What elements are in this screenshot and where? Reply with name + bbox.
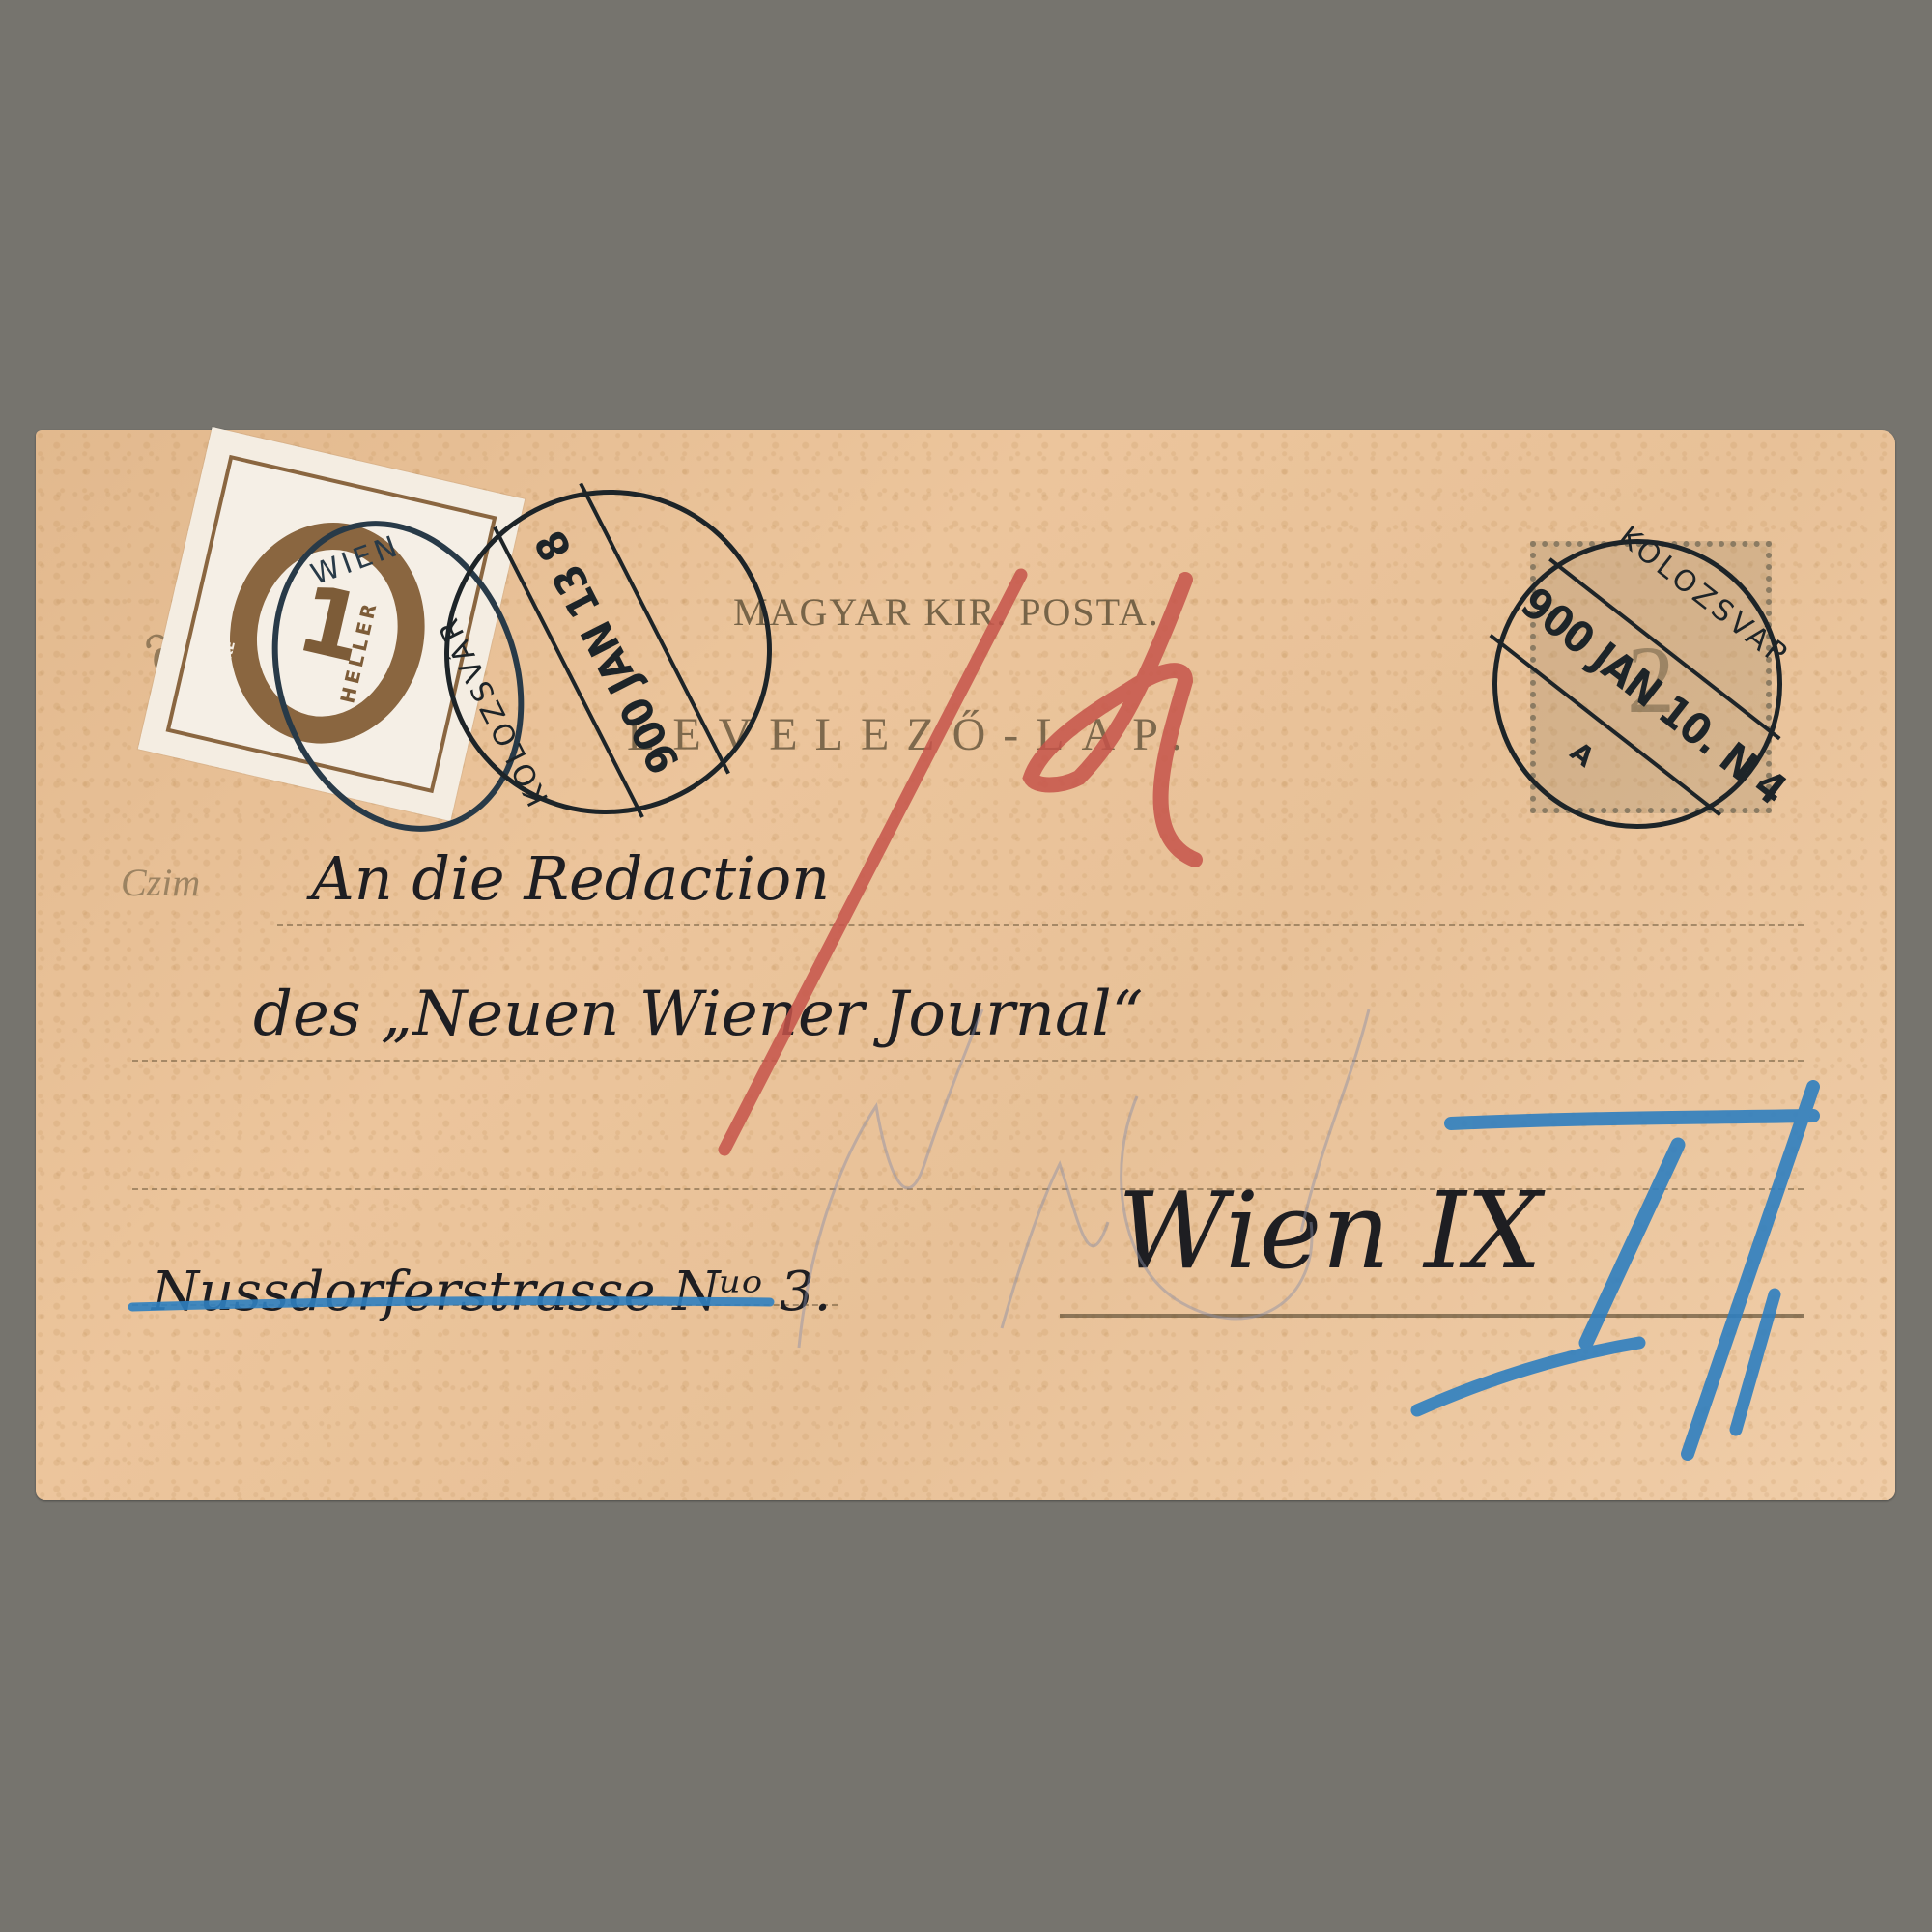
blue-crayon-mark	[132, 1087, 1813, 1454]
crayon-markings	[36, 430, 1895, 1500]
pencil-scribble	[799, 1009, 1369, 1348]
postcard: ❦ MAGYAR KIR. POSTA. LEVELEZŐ-LAP. Czim …	[36, 430, 1895, 1500]
